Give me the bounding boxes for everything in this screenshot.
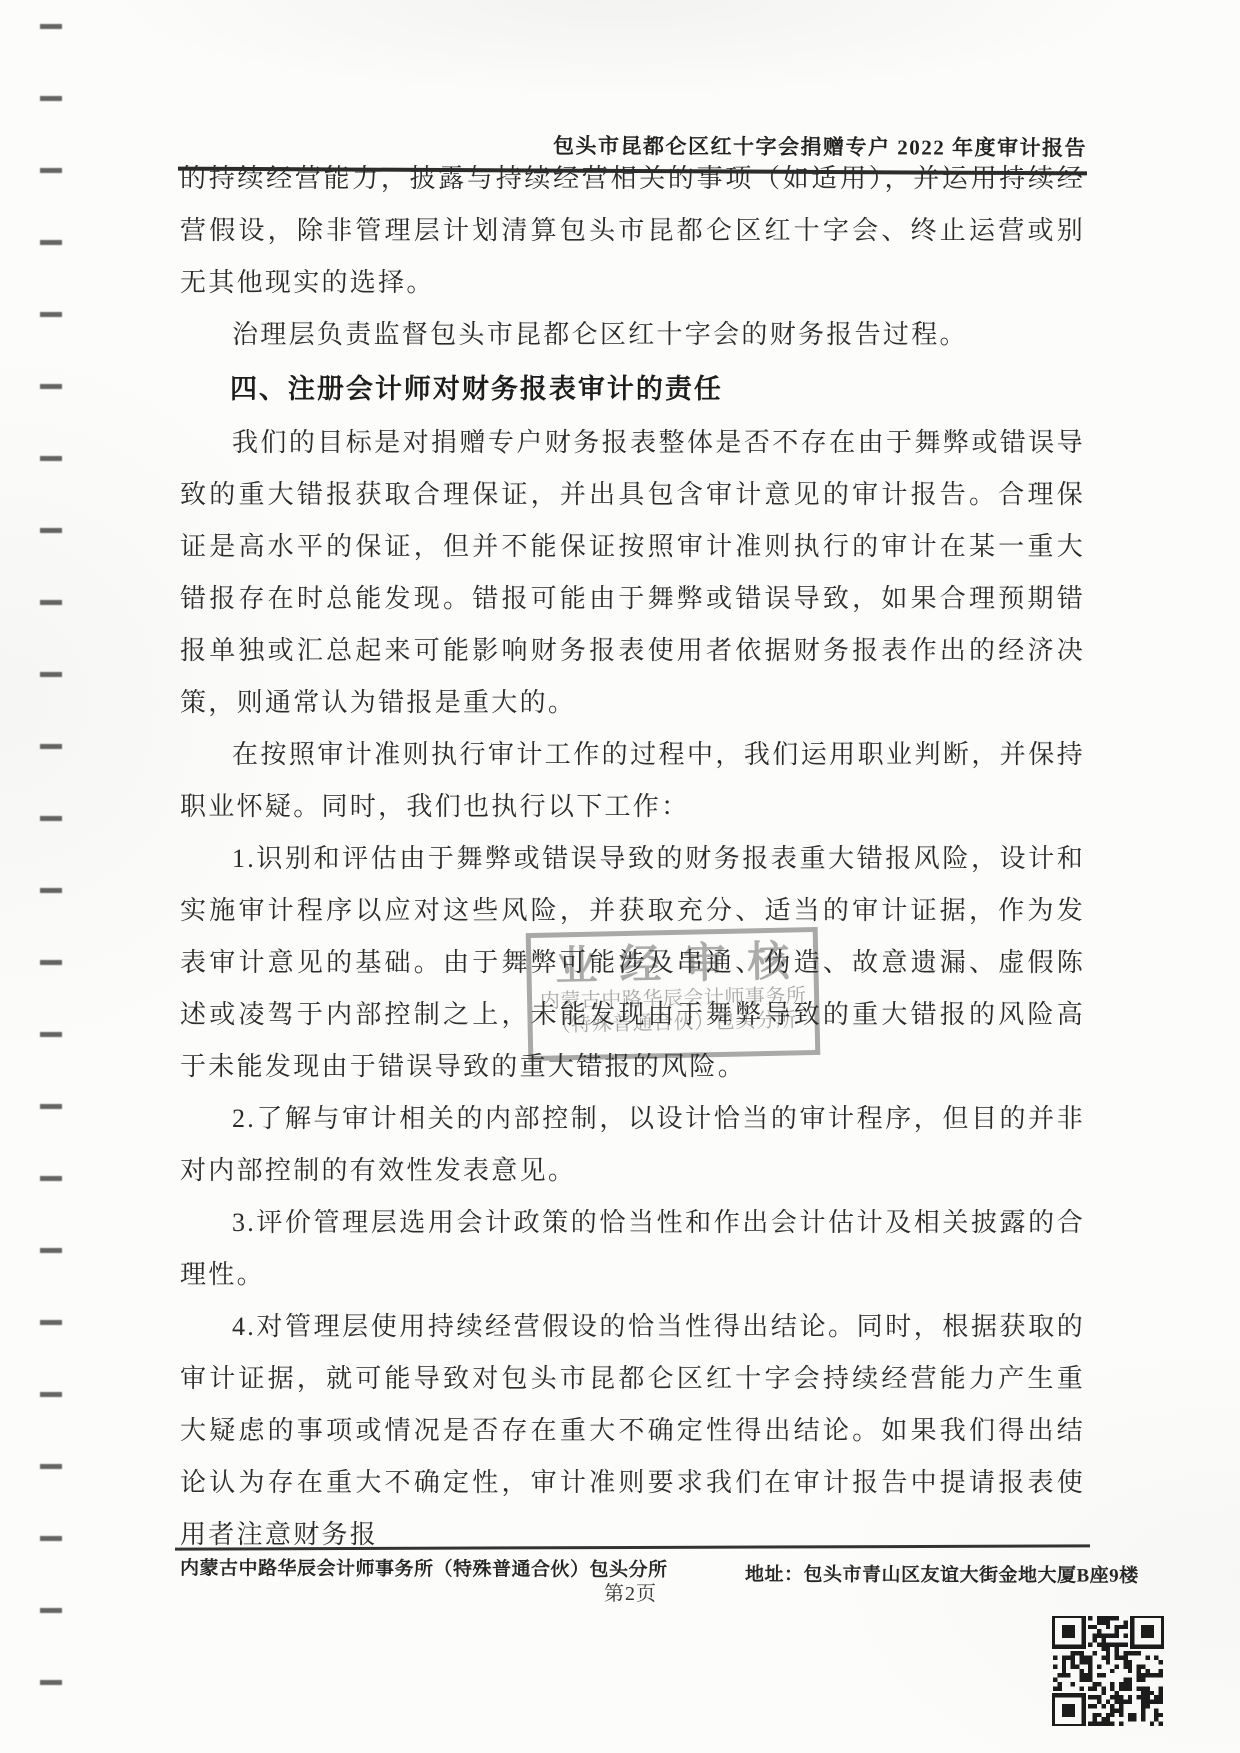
page-number: 第2页: [604, 1577, 657, 1606]
list-item-4-going-concern-conclusion: 4.对管理层使用持续经营假设的恰当性得出结论。同时，根据获取的审计证据，就可能导…: [180, 1301, 1085, 1561]
paragraph-professional-judgment: 在按照审计准则执行审计工作的过程中，我们运用职业判断，并保持职业怀疑。同时，我们…: [180, 729, 1085, 833]
list-item-3-accounting-policies: 3.评价管理层选用会计政策的恰当性和作出会计估计及相关披露的合理性。: [180, 1197, 1085, 1301]
binding-hole-marks: [40, 24, 62, 1730]
section-heading-four: 四、注册会计师对财务报表审计的责任: [180, 361, 1085, 417]
qr-code: [1052, 1616, 1164, 1726]
footer-firm-name: 内蒙古中路华辰会计师事务所（特殊普通合伙）包头分所: [180, 1553, 668, 1582]
list-item-2-internal-control: 2.了解与审计相关的内部控制，以设计恰当的审计程序，但目的并非对内部控制的有效性…: [180, 1093, 1085, 1197]
paragraph-going-concern-continuation: 的持续经营能力，披露与持续经营相关的事项（如适用），并运用持续经营假设，除非管理…: [180, 153, 1085, 309]
list-item-1-risk-assessment: 1.识别和评估由于舞弊或错误导致的财务报表重大错报风险，设计和实施审计程序以应对…: [180, 833, 1085, 1093]
footer-address: 地址：包头市青山区友谊大街金地大厦B座9楼: [745, 1559, 1139, 1587]
paragraph-governance: 治理层负责监督包头市昆都仑区红十字会的财务报告过程。: [180, 309, 1085, 361]
document-body: 的持续经营能力，披露与持续经营相关的事项（如适用），并运用持续经营假设，除非管理…: [180, 153, 1085, 1561]
paragraph-audit-objective: 我们的目标是对捐赠专户财务报表整体是否不存在由于舞弊或错误导致的重大错报获取合理…: [180, 417, 1085, 729]
